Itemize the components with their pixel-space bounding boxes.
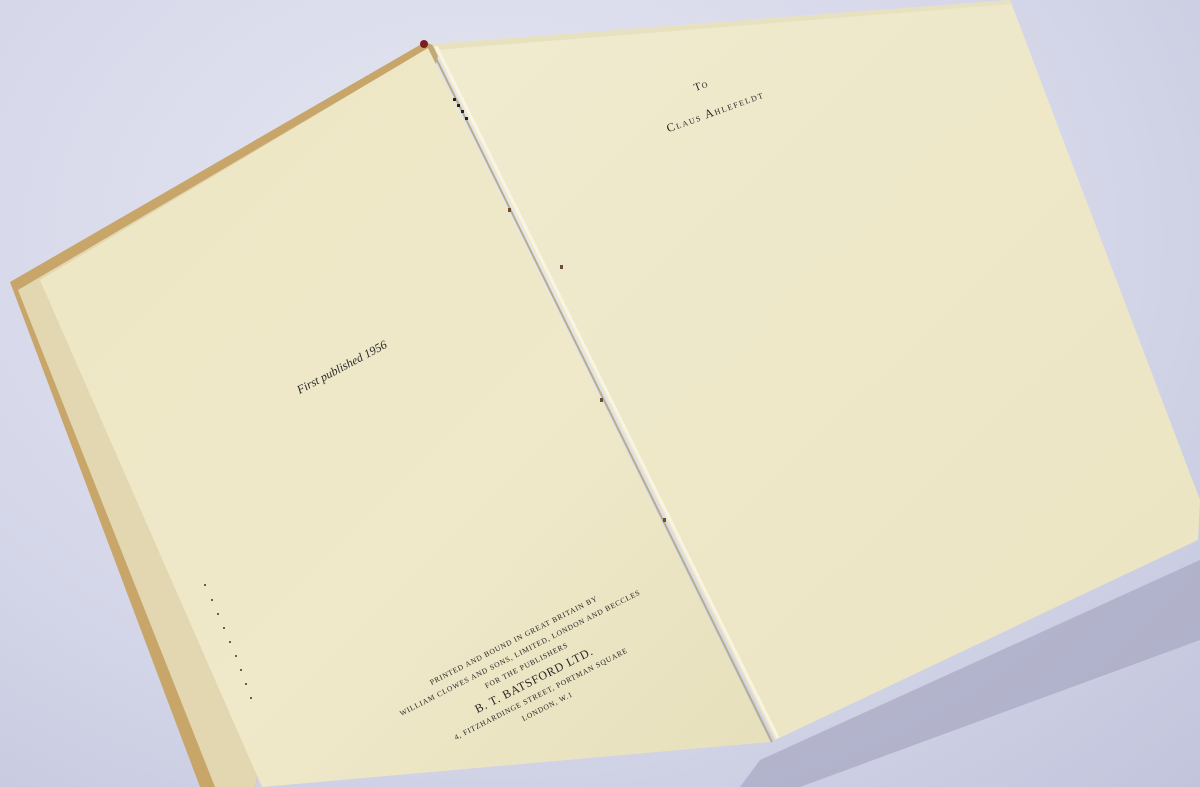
headband	[420, 40, 428, 48]
photo-scene: To Claus Ahlefeldt First published 1956 …	[0, 0, 1200, 787]
